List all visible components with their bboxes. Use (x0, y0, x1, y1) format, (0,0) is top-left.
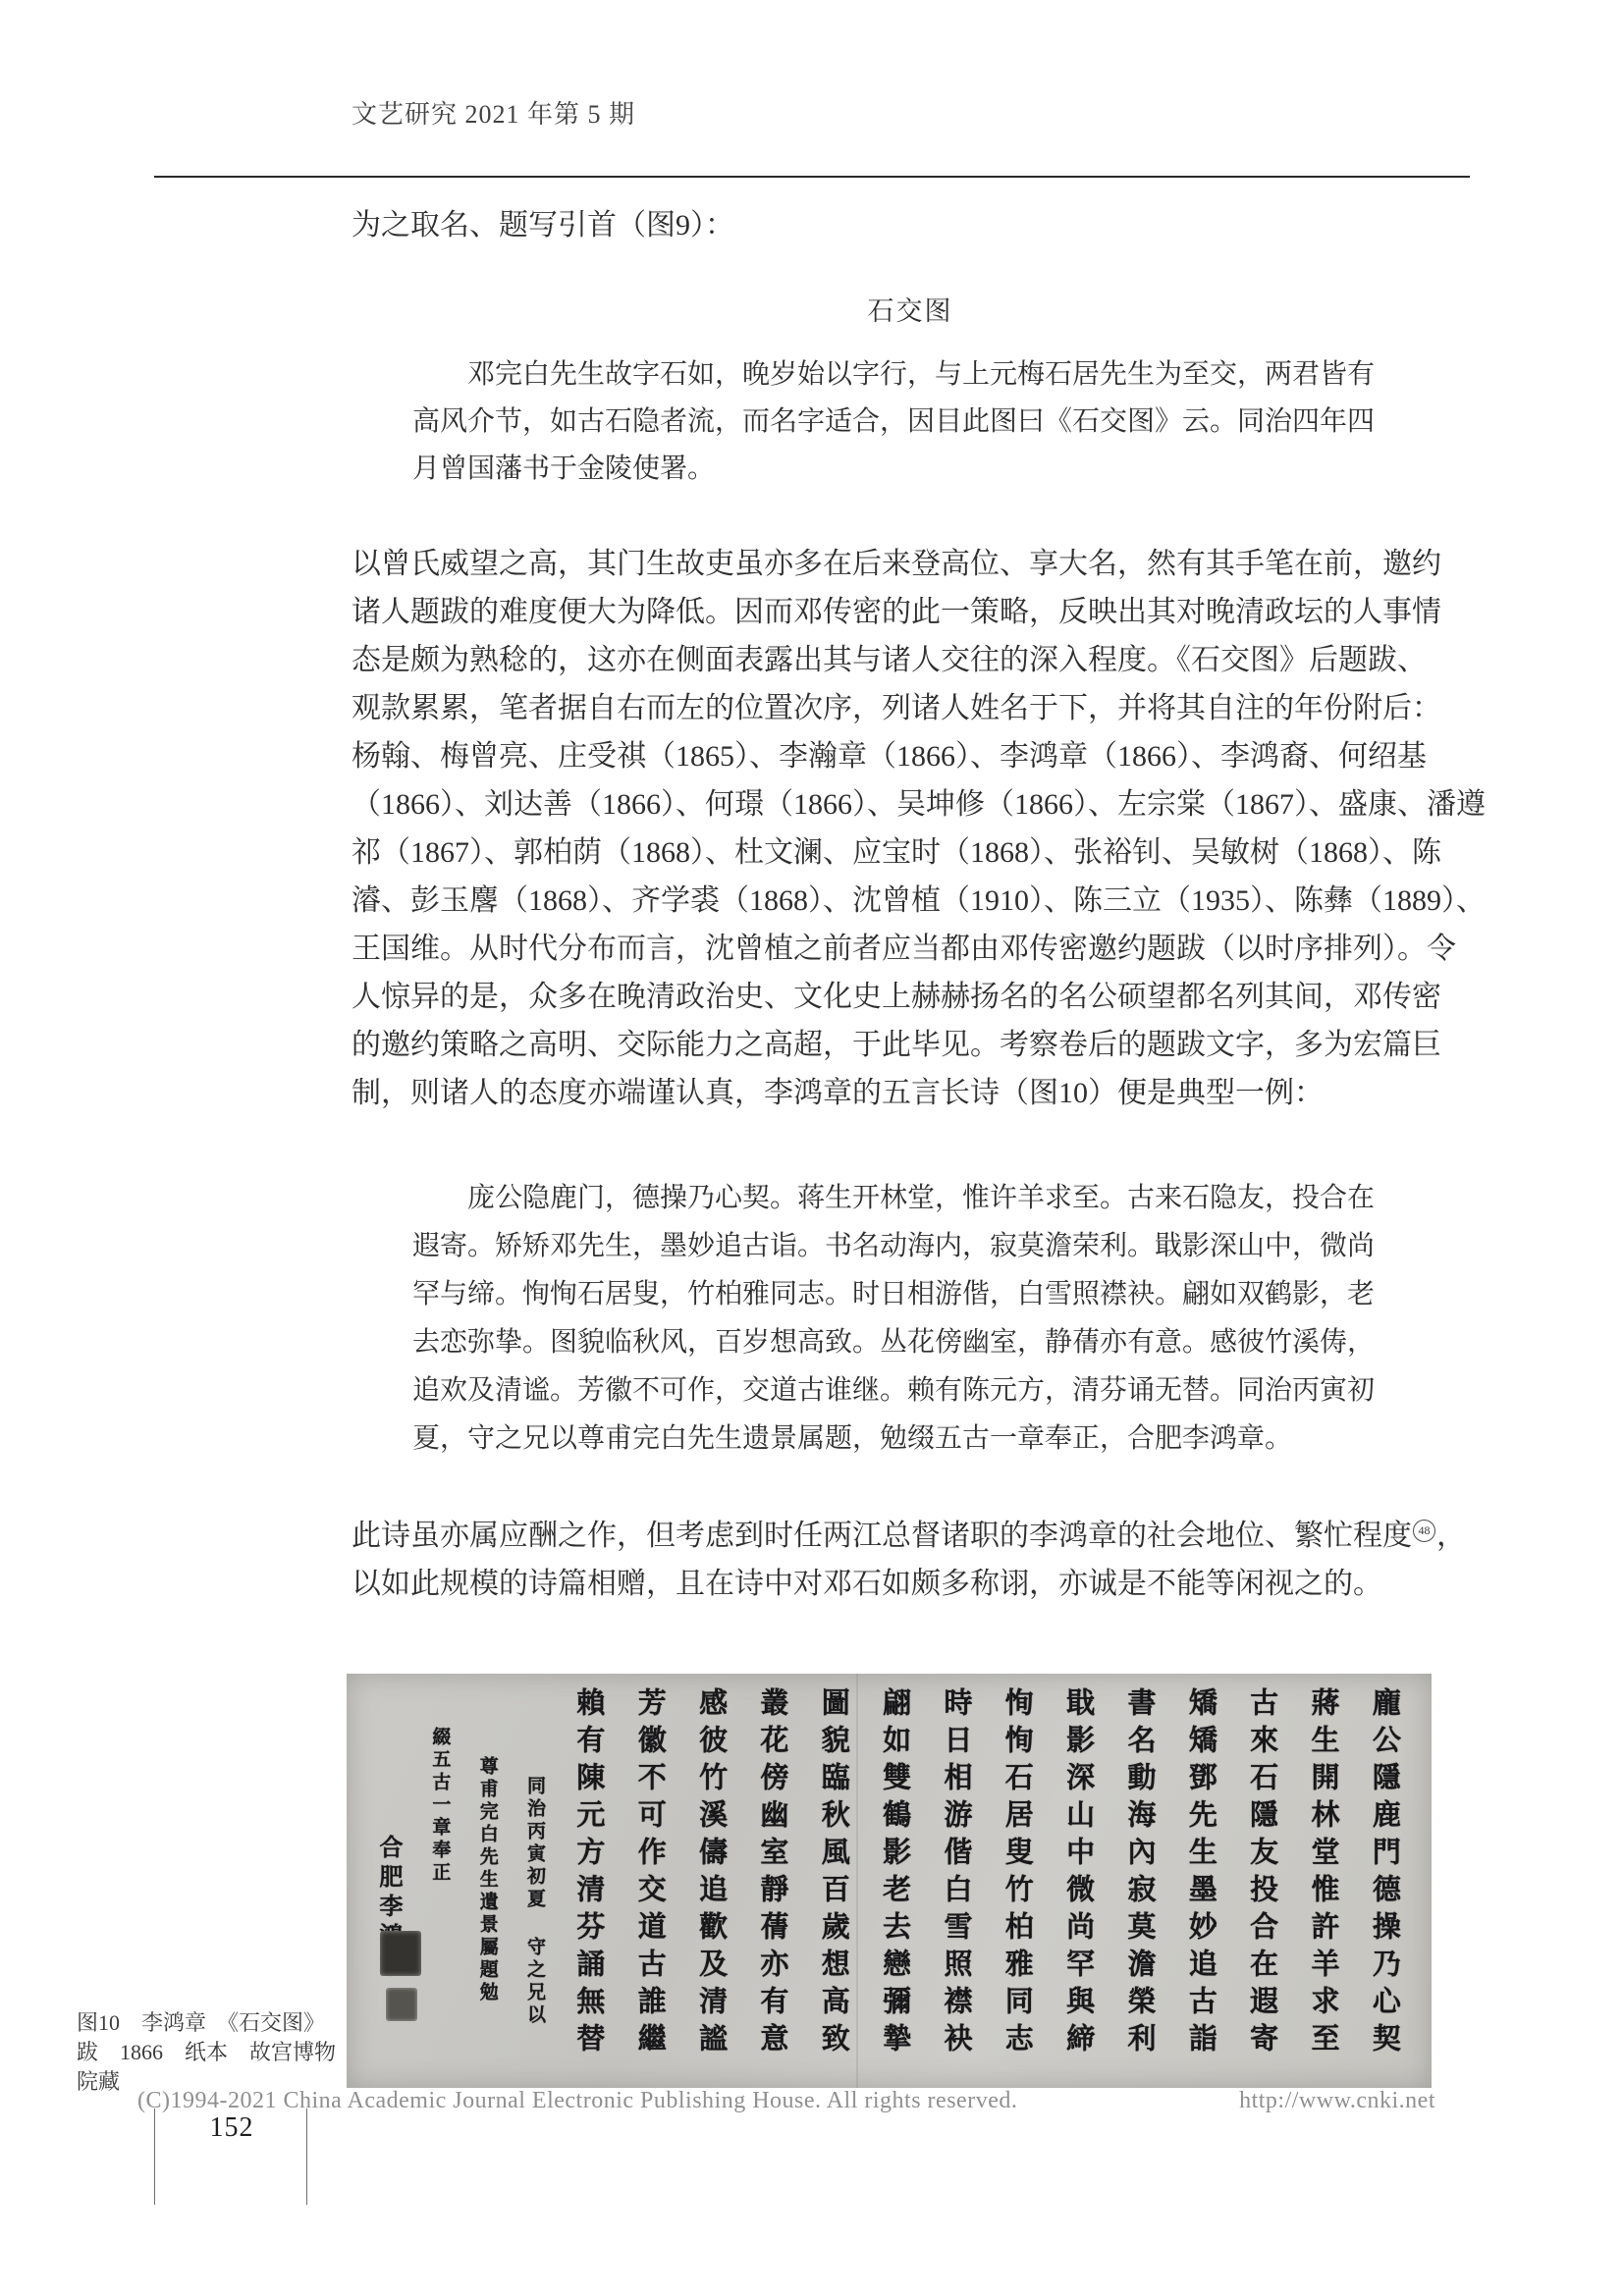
intro-line: 为之取名、题写引首（图9）： (352, 206, 734, 245)
text-line: 去恋弥挚。图貌临秋风，百岁想高致。丛花傍幽室，静蒨亦有意。感彼竹溪俦， (412, 1318, 1408, 1366)
calligraphy-column: 芳徽不可作交道古誰繼 (631, 1687, 672, 2074)
scanned-journal-page: 文艺研究 2021 年第 5 期 为之取名、题写引首（图9）： 石交图 邓完白先… (0, 0, 1623, 2296)
calligraphy-signature-column: 尊甫完白先生遺景屬題勉 (475, 1756, 502, 2074)
text-line: 月曾国藩书于金陵使署。 (412, 446, 1408, 493)
page-number-rule-left (154, 2109, 155, 2205)
calligraphy-column: 圖貌臨秋風百歲想高致 (815, 1687, 855, 2074)
header-rule (154, 176, 1470, 178)
text-line: 王国维。从时代分布而言，沈曾植之前者应当都由邓传密邀约题跋（以时序排列）。令 (352, 925, 1453, 973)
footnote-marker: 48 (1413, 1520, 1435, 1542)
calligraphy-column: 叢花傍幽室靜蒨亦有意 (753, 1687, 793, 2074)
text-line: 邓完白先生故字石如，晚岁始以字行，与上元梅石居先生为至交，两君皆有 (412, 351, 1408, 399)
text-line: 追欢及清谧。芳徽不可作，交道古谁继。赖有陈元方，清芬诵无替。同治丙寅初 (412, 1366, 1408, 1415)
text-line: 遐寄。矫矫邓先生，墨妙追古诣。书名动海内，寂莫澹荣利。戢影深山中，微尚 (412, 1222, 1408, 1270)
text-line: 以曾氏威望之高，其门生故吏虽亦多在后来登高位、享大名，然有其手笔在前，邀约 (352, 540, 1453, 588)
calligraphy-signature-column: 同治丙寅初夏 守之兄以 (522, 1776, 549, 2074)
closing-paragraph: 此诗虽亦属应酬之作，但考虑到时任两江总督诸职的李鸿章的社会地位、繁忙程度48， … (352, 1512, 1461, 1608)
calligraphy-columns: 龐公隱鹿門德操乃心契 蔣生開林堂惟許羊求至 古來石隱友投合在遐寄 矯矯鄧先生墨妙… (347, 1674, 1432, 2088)
text-line: 观款累累，笔者据自右而左的位置次序，列诸人姓名于下，并将其自注的年份附后： (352, 684, 1453, 732)
closing-line1-text: 此诗虽亦属应酬之作，但考虑到时任两江总督诸职的李鸿章的社会地位、繁忙程度 (352, 1520, 1412, 1552)
text-line: 以如此规模的诗篇相赠，且在诗中对邓石如颇多称诩，亦诚是不能等闲视之的。 (352, 1560, 1461, 1608)
inscription-title: 石交图 (412, 294, 1408, 328)
text-line: 夏，守之兄以尊甫完白先生遗景属题，勉缀五古一章奉正，合肥李鸿章。 (412, 1415, 1408, 1463)
page-number-rule-right (306, 2109, 307, 2205)
body-paragraph: 以曾氏威望之高，其门生故吏虽亦多在后来登高位、享大名，然有其手笔在前，邀约 诸人… (352, 540, 1453, 1117)
seal-icon (386, 1988, 417, 2021)
text-line: 罕与缔。恂恂石居叟，竹柏雅同志。时日相游偕，白雪照襟袂。翩如双鹤影，老 (412, 1270, 1408, 1318)
calligraphy-signature-column: 綴五古一章奉正 (427, 1727, 454, 2074)
text-line: 此诗虽亦属应酬之作，但考虑到时任两江总督诸职的李鸿章的社会地位、繁忙程度48， (352, 1512, 1461, 1560)
caption-line: 图10 李鸿章 《石交图》 (77, 2008, 342, 2038)
calligraphy-column: 書名動海內寂莫澹榮利 (1120, 1687, 1161, 2074)
text-line: 诸人题跋的难度便大为降低。因而邓传密的此一策略，反映出其对晚清政坛的人事情 (352, 588, 1453, 636)
calligraphy-column: 翩如雙鶴影老去戀彌摯 (876, 1687, 916, 2074)
text-line: 祁（1867）、郭柏荫（1868）、杜文澜、应宝时（1868）、张裕钊、吴敏树（… (352, 828, 1453, 877)
figure-calligraphy-scan: 龐公隱鹿門德操乃心契 蔣生開林堂惟許羊求至 古來石隱友投合在遐寄 矯矯鄧先生墨妙… (347, 1674, 1432, 2088)
text-line: 人惊异的是，众多在晚清政治史、文化史上赫赫扬名的名公硕望都名列其间，邓传密 (352, 973, 1453, 1021)
text-line: （1866）、刘达善（1866）、何璟（1866）、吴坤修（1866）、左宗棠（… (352, 780, 1453, 828)
text-line: 濬、彭玉麐（1868）、齐学裘（1868）、沈曾植（1910）、陈三立（1935… (352, 877, 1453, 925)
caption-line: 跋 1866 纸本 故宫博物 (77, 2038, 342, 2067)
text-line: 态是颇为熟稔的，这亦在侧面表露出其与诸人交往的深入程度。《石交图》后题跋、 (352, 636, 1453, 684)
figure-caption: 图10 李鸿章 《石交图》 跋 1866 纸本 故宫博物 院藏 (77, 2008, 342, 2097)
page-number: 152 (192, 2112, 271, 2144)
calligraphy-column: 蔣生開林堂惟許羊求至 (1305, 1687, 1345, 2074)
cnki-url: http://www.cnki.net (1239, 2088, 1435, 2114)
text-line: 庞公隐鹿门，德操乃心契。蒋生开林堂，惟许羊求至。古来石隐友，投合在 (412, 1174, 1408, 1222)
calligraphy-column: 時日相游偕白雪照襟袂 (937, 1687, 977, 2074)
calligraphy-column: 古來石隱友投合在遐寄 (1243, 1687, 1283, 2074)
text-line: 的邀约策略之高明、交际能力之高超，于此毕见。考察卷后的题跋文字，多为宏篇巨 (352, 1021, 1453, 1069)
closing-line1-tail: ， (1436, 1520, 1466, 1552)
calligraphy-column: 賴有陳元方清芬誦無替 (569, 1687, 610, 2074)
calligraphy-column: 恂恂石居叟竹柏雅同志 (999, 1687, 1039, 2074)
journal-issue-header: 文艺研究 2021 年第 5 期 (352, 94, 635, 131)
seal-icon (380, 1931, 421, 1976)
poem-quote-block: 庞公隐鹿门，德操乃心契。蒋生开林堂，惟许羊求至。古来石隐友，投合在 遐寄。矫矫邓… (412, 1174, 1408, 1463)
text-line: 高风介节，如古石隐者流，而名字适合，因目此图曰《石交图》云。同治四年四 (412, 399, 1408, 446)
footer-copyright-row: (C)1994-2021 China Academic Journal Elec… (137, 2088, 1435, 2114)
calligraphy-column: 戢影深山中微尚罕與締 (1059, 1687, 1100, 2074)
inscription-quote-block: 石交图 邓完白先生故字石如，晚岁始以字行，与上元梅石居先生为至交，两君皆有 高风… (412, 294, 1408, 493)
copyright-text: (C)1994-2021 China Academic Journal Elec… (137, 2088, 1017, 2114)
calligraphy-column: 龐公隱鹿門德操乃心契 (1366, 1687, 1406, 2074)
text-line: 制，则诸人的态度亦端谨认真，李鸿章的五言长诗（图10）便是典型一例： (352, 1069, 1453, 1117)
calligraphy-column: 矯矯鄧先生墨妙追古詣 (1182, 1687, 1222, 2074)
text-line: 杨翰、梅曾亮、庄受祺（1865）、李瀚章（1866）、李鸿章（1866）、李鸿裔… (352, 732, 1453, 780)
calligraphy-column: 感彼竹溪儔追歡及清謐 (692, 1687, 732, 2074)
